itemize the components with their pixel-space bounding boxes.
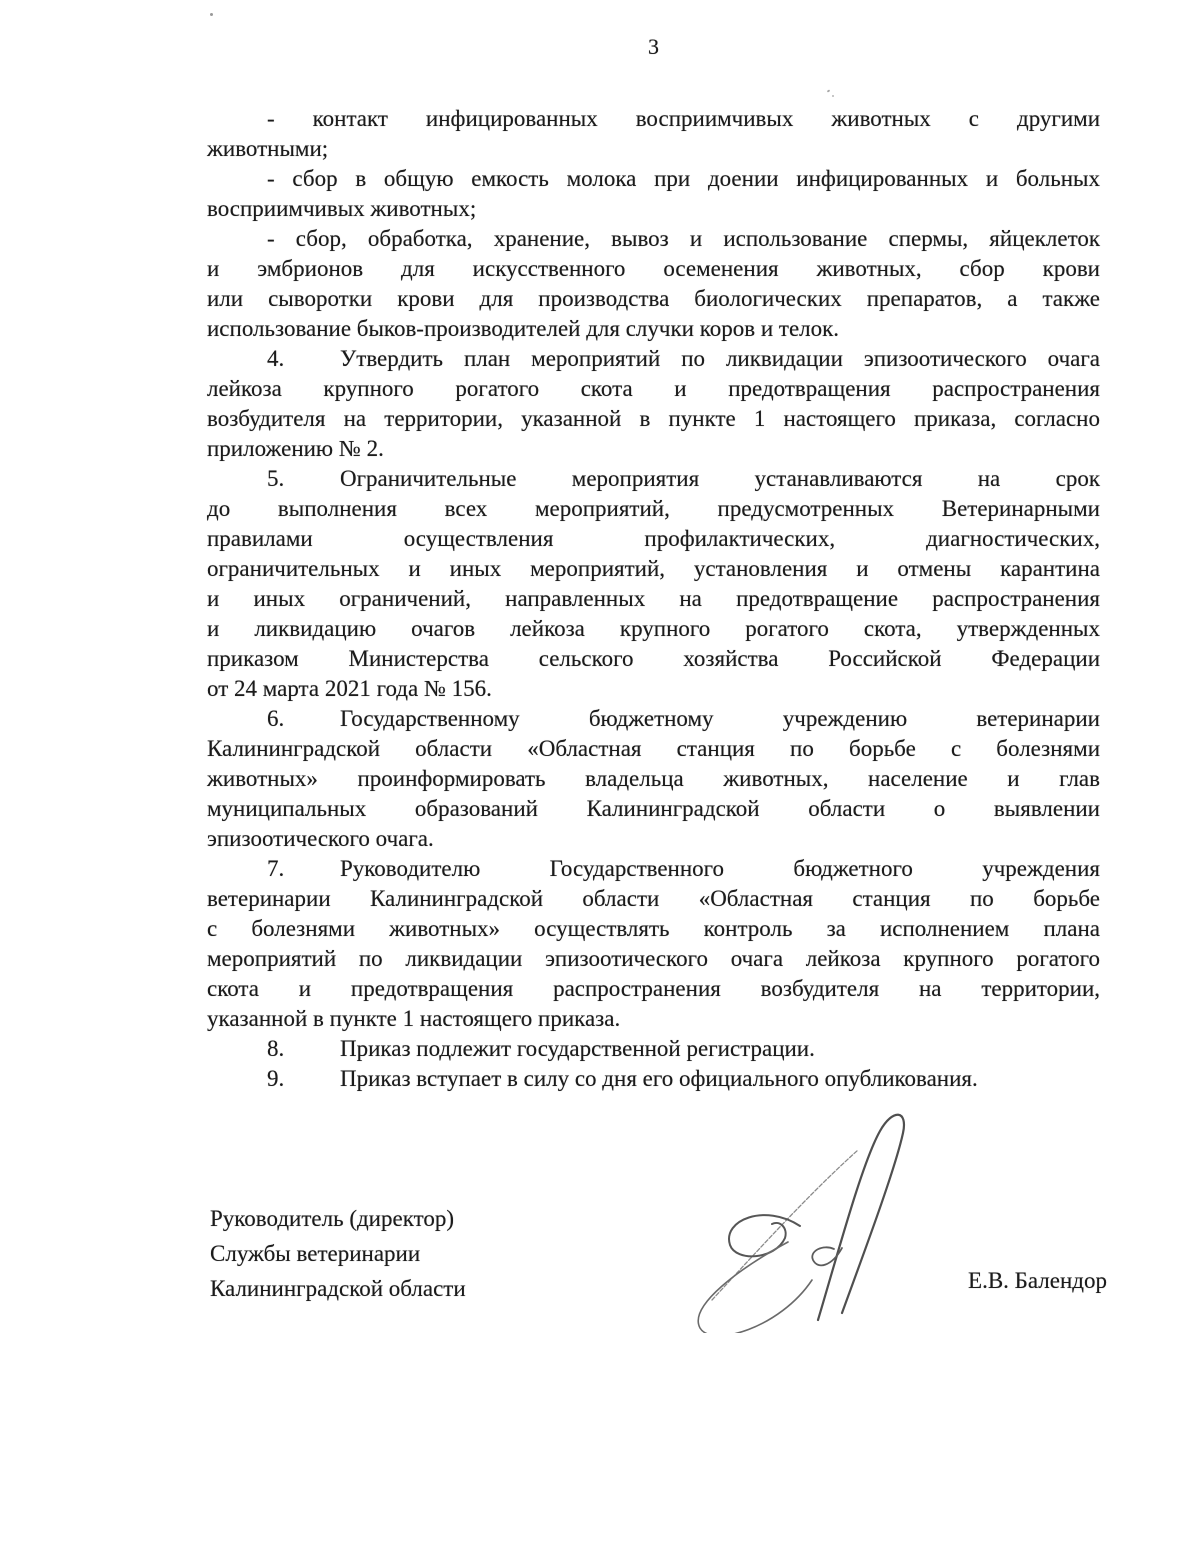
item-number: 6. [267, 704, 340, 734]
text-line: эпизоотического очага. [207, 824, 1100, 854]
text-line: 5.Ограничительные мероприятия устанавлив… [207, 464, 1100, 494]
paragraph: 5.Ограничительные мероприятия устанавлив… [207, 464, 1100, 704]
paragraph: 9.Приказ вступает в силу со дня его офиц… [207, 1064, 1100, 1094]
paragraph: 6.Государственному бюджетному учреждению… [207, 704, 1100, 854]
text-line: - сбор в общую емкость молока при доении… [207, 164, 1100, 194]
text-line: лейкоза крупного рогатого скота и предот… [207, 374, 1100, 404]
text-line: Калининградской области «Областная станц… [207, 734, 1100, 764]
text-line: или сыворотки крови для производства био… [207, 284, 1100, 314]
paragraph: 7.Руководителю Государственного бюджетно… [207, 854, 1100, 1034]
text-line: - сбор, обработка, хранение, вывоз и исп… [207, 224, 1100, 254]
text-line: с болезнями животных» осуществлять контр… [207, 914, 1100, 944]
text-line: возбудителя на территории, указанной в п… [207, 404, 1100, 434]
text-line: 6.Государственному бюджетному учреждению… [207, 704, 1100, 734]
item-number: 9. [267, 1064, 340, 1094]
text-line: и ликвидацию очагов лейкоза крупного рог… [207, 614, 1100, 644]
text-line: от 24 марта 2021 года № 156. [207, 674, 1100, 704]
paragraph: - контакт инфицированных восприимчивых ж… [207, 104, 1100, 164]
document-body: - контакт инфицированных восприимчивых ж… [207, 104, 1100, 1094]
paragraph: 4.Утвердить план мероприятий по ликвидац… [207, 344, 1100, 464]
scan-speck [832, 95, 834, 97]
item-number: 8. [267, 1034, 340, 1064]
text-line: приказом Министерства сельского хозяйств… [207, 644, 1100, 674]
text-line: 8.Приказ подлежит государственной регист… [207, 1034, 1100, 1064]
text-line: 4.Утвердить план мероприятий по ликвидац… [207, 344, 1100, 374]
text-line: скота и предотвращения распространения в… [207, 974, 1100, 1004]
text-line: животными; [207, 134, 1100, 164]
text-line: указанной в пункте 1 настоящего приказа. [207, 1004, 1100, 1034]
item-number: 5. [267, 464, 340, 494]
paragraph: - сбор, обработка, хранение, вывоз и исп… [207, 224, 1100, 344]
text-line: муниципальных образований Калининградско… [207, 794, 1100, 824]
item-number: 7. [267, 854, 340, 884]
paragraph: 8.Приказ подлежит государственной регист… [207, 1034, 1100, 1064]
text-line: и иных ограничений, направленных на пред… [207, 584, 1100, 614]
handwritten-signature [685, 1098, 930, 1333]
text-line: 7.Руководителю Государственного бюджетно… [207, 854, 1100, 884]
text-line: животных» проинформировать владельца жив… [207, 764, 1100, 794]
text-line: правилами осуществления профилактических… [207, 524, 1100, 554]
text-line: восприимчивых животных; [207, 194, 1100, 224]
text-line: - контакт инфицированных восприимчивых ж… [207, 104, 1100, 134]
text-line: ограничительных и иных мероприятий, уста… [207, 554, 1100, 584]
text-line: мероприятий по ликвидации эпизоотическог… [207, 944, 1100, 974]
page-number: 3 [207, 33, 1100, 61]
text-line: приложению № 2. [207, 434, 1100, 464]
text-line: до выполнения всех мероприятий, предусмо… [207, 494, 1100, 524]
signatory-name: Е.В. Балендор [207, 1266, 1107, 1296]
scan-speck [827, 89, 831, 92]
text-line: ветеринарии Калининградской области «Обл… [207, 884, 1100, 914]
item-number: 4. [267, 344, 340, 374]
scan-speck [210, 13, 213, 16]
text-line: использование быков-производителей для с… [207, 314, 1100, 344]
signatory-position-line: Руководитель (директор) [210, 1201, 466, 1236]
text-line: 9.Приказ вступает в силу со дня его офиц… [207, 1064, 1100, 1094]
document-page: 3 - контакт инфицированных восприимчивых… [0, 0, 1200, 1553]
text-line: и эмбрионов для искусственного осеменени… [207, 254, 1100, 284]
paragraph: - сбор в общую емкость молока при доении… [207, 164, 1100, 224]
